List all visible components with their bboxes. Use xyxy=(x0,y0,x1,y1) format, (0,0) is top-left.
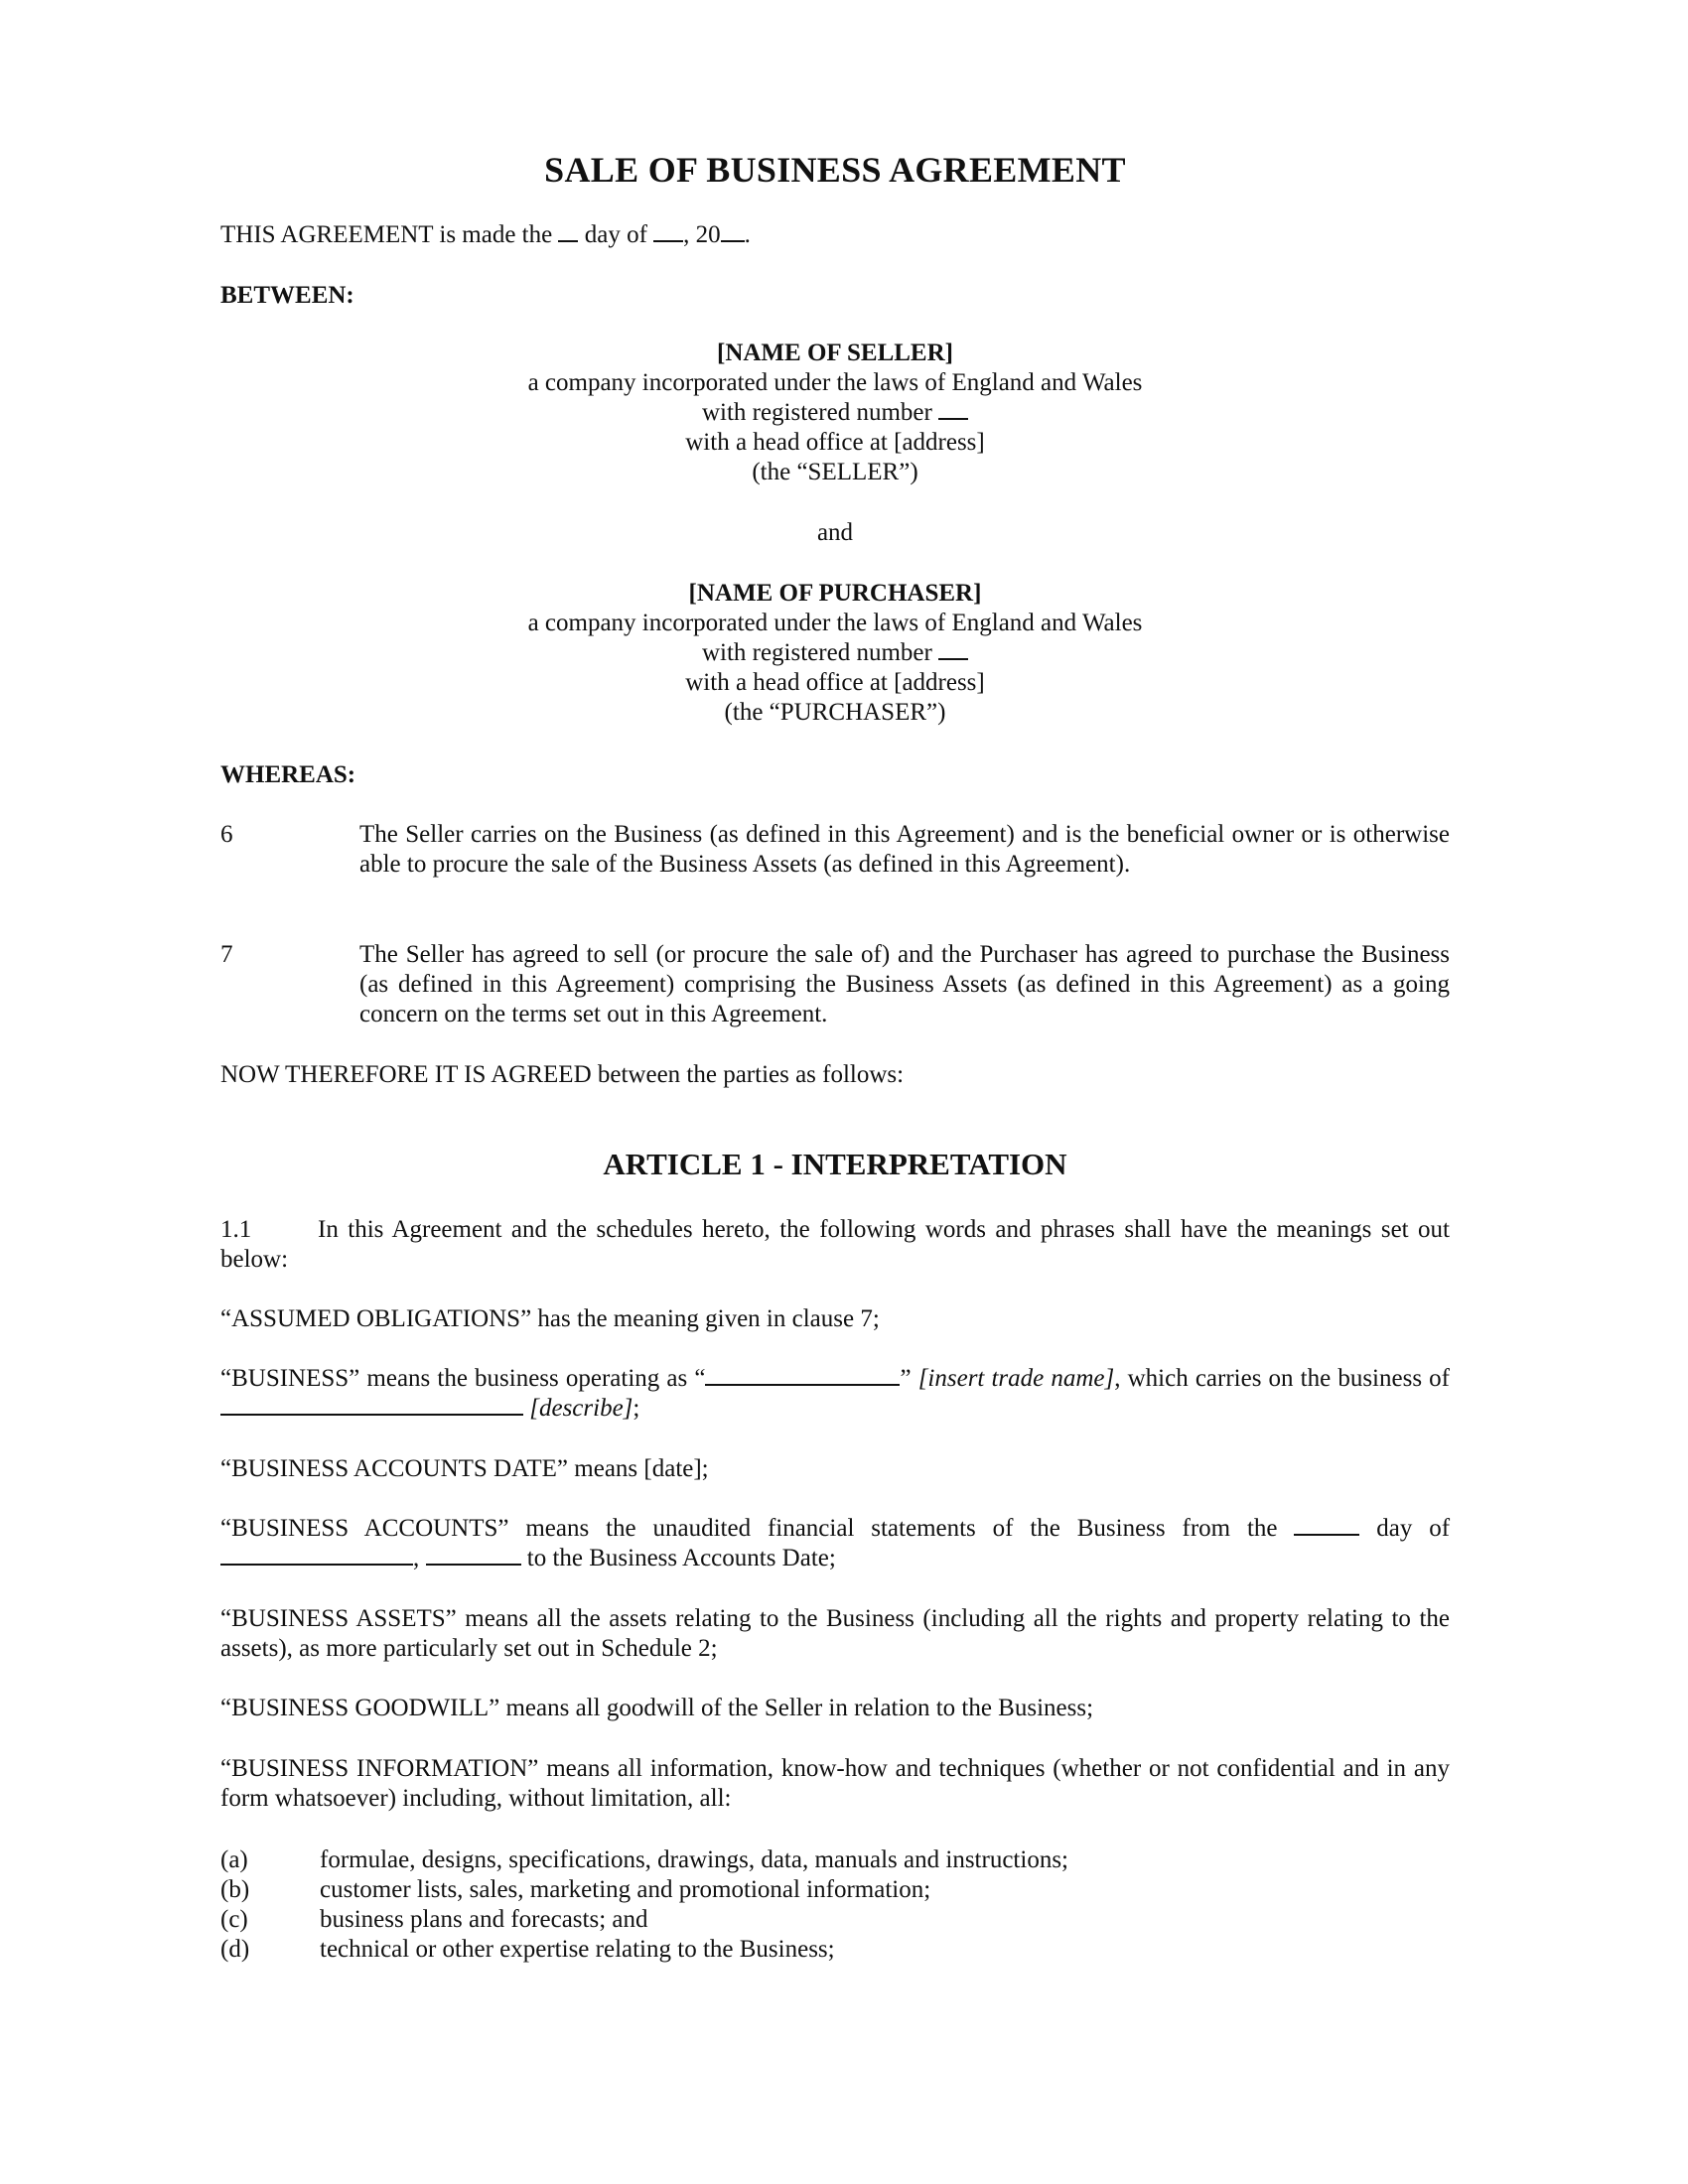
article-heading: ARTICLE 1 - INTERPRETATION xyxy=(220,1150,1450,1179)
item-text: technical or other expertise relating to… xyxy=(320,1935,835,1965)
def-business-goodwill: “BUSINESS GOODWILL” means all goodwill o… xyxy=(220,1694,1450,1723)
recital-7: 7 The Seller has agreed to sell (or proc… xyxy=(220,940,1450,1029)
item-label: (b) xyxy=(220,1875,249,1905)
describe-note: [describe] xyxy=(529,1395,633,1422)
purchaser-incorporation: a company incorporated under the laws of… xyxy=(220,609,1450,638)
month-blank xyxy=(653,220,683,242)
clause-1-1: 1.1In this Agreement and the schedules h… xyxy=(220,1215,1450,1275)
def-business: “BUSINESS” means the business operating … xyxy=(220,1364,1450,1424)
recital-text: The Seller carries on the Business (as d… xyxy=(359,820,1450,880)
def-business-accounts: “BUSINESS ACCOUNTS” means the unaudited … xyxy=(220,1514,1450,1573)
intro-text: THIS AGREEMENT is made the xyxy=(220,221,552,248)
day-blank xyxy=(558,220,578,242)
from-day-blank xyxy=(1294,1514,1359,1536)
purchaser-defined-as: (the “PURCHASER”) xyxy=(220,698,1450,728)
def-assumed-obligations: “ASSUMED OBLIGATIONS” has the meaning gi… xyxy=(220,1304,1450,1334)
item-label: (d) xyxy=(220,1935,249,1965)
def-accounts-comma: , xyxy=(413,1545,419,1571)
purchaser-office: with a head office at [address] xyxy=(220,668,1450,698)
item-text: business plans and forecasts; and xyxy=(320,1905,647,1935)
def-accounts-text: “BUSINESS ACCOUNTS” means the unaudited … xyxy=(220,1515,1278,1542)
def-accounts-end: to the Business Accounts Date; xyxy=(527,1545,836,1571)
item-label: (c) xyxy=(220,1905,248,1935)
describe-blank xyxy=(220,1394,523,1416)
recital-number: 7 xyxy=(220,940,233,970)
document-title: SALE OF BUSINESS AGREEMENT xyxy=(220,155,1450,185)
def-business-text-2: , which carries on the business of xyxy=(1114,1365,1450,1392)
purchaser-number-blank xyxy=(938,638,968,660)
from-year-blank xyxy=(426,1544,521,1566)
seller-registered-text: with registered number xyxy=(702,399,932,426)
whereas-label: WHEREAS: xyxy=(220,760,1450,790)
def-accounts-day-of: day of xyxy=(1376,1515,1450,1542)
recital-text: The Seller has agreed to sell (or procur… xyxy=(359,940,1450,1029)
seller-number-blank xyxy=(938,398,968,420)
seller-name: [NAME OF SELLER] xyxy=(220,339,1450,368)
def-business-assets: “BUSINESS ASSETS” means all the assets r… xyxy=(220,1604,1450,1664)
purchaser-registered: with registered number xyxy=(220,638,1450,668)
year-blank xyxy=(721,220,745,242)
recital-number: 6 xyxy=(220,820,233,850)
clause-text: In this Agreement and the schedules here… xyxy=(220,1216,1450,1273)
def-business-text: “BUSINESS” means the business operating … xyxy=(220,1365,705,1392)
trade-name-note: [insert trade name] xyxy=(918,1365,1115,1392)
item-text: customer lists, sales, marketing and pro… xyxy=(320,1875,930,1905)
purchaser-name: [NAME OF PURCHASER] xyxy=(220,579,1450,609)
clause-number: 1.1 xyxy=(220,1215,318,1245)
intro-end: . xyxy=(745,221,751,248)
seller-incorporation: a company incorporated under the laws of… xyxy=(220,368,1450,398)
between-label: BETWEEN: xyxy=(220,281,1450,311)
year-prefix: , 20 xyxy=(683,221,721,248)
seller-office: with a head office at [address] xyxy=(220,428,1450,458)
item-label: (a) xyxy=(220,1845,248,1875)
def-business-end: ; xyxy=(633,1395,639,1422)
trade-name-blank xyxy=(705,1364,900,1386)
item-text: formulae, designs, specifications, drawi… xyxy=(320,1845,1068,1875)
from-month-blank xyxy=(220,1544,413,1566)
agreement-date-line: THIS AGREEMENT is made the day of , 20. xyxy=(220,220,1450,250)
seller-defined-as: (the “SELLER”) xyxy=(220,458,1450,487)
recital-6: 6 The Seller carries on the Business (as… xyxy=(220,820,1450,909)
now-therefore: NOW THEREFORE IT IS AGREED between the p… xyxy=(220,1060,1450,1090)
def-business-information: “BUSINESS INFORMATION” means all informa… xyxy=(220,1754,1450,1814)
and-label: and xyxy=(220,518,1450,548)
def-business-accounts-date: “BUSINESS ACCOUNTS DATE” means [date]; xyxy=(220,1454,1450,1484)
seller-registered: with registered number xyxy=(220,398,1450,428)
day-of-text: day of xyxy=(585,221,647,248)
def-business-quote: ” xyxy=(900,1365,911,1392)
purchaser-registered-text: with registered number xyxy=(702,639,932,666)
